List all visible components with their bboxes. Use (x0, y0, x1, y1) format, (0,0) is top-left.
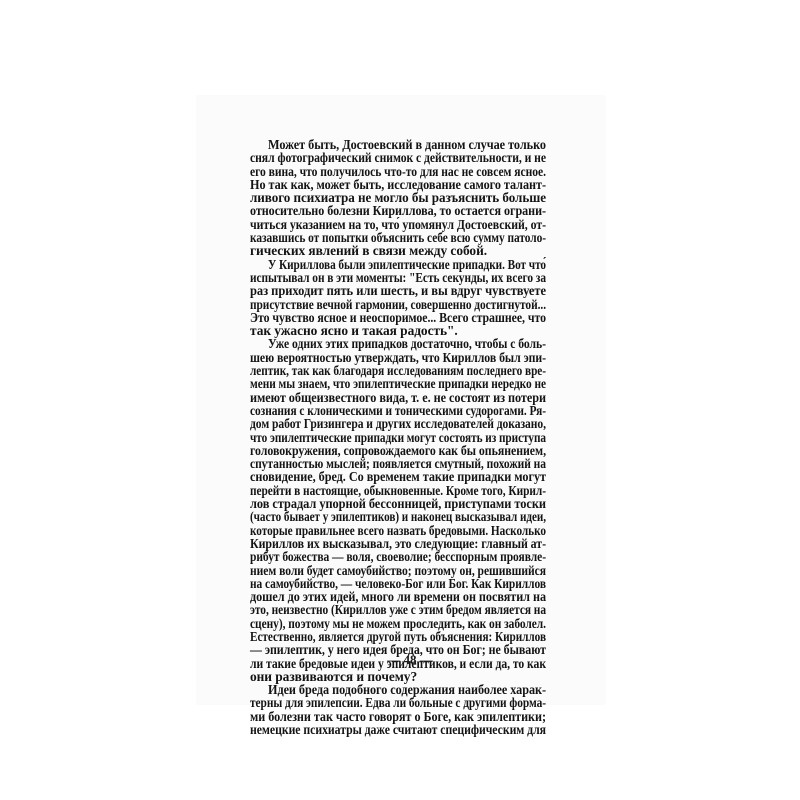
text-line: на самоубийство, — человеко-Бог или Бог.… (250, 577, 546, 590)
text-line: рибут божества — воля, своеволие; бесспо… (250, 550, 546, 563)
text-line: сознания с клоническими и тоническими су… (250, 404, 546, 417)
text-line: лов страдал упорной бессонницей, приступ… (250, 497, 546, 510)
text-line: гических явлений в связи между собой. (250, 244, 546, 257)
text-line: Кириллов их высказывал, это следующие: г… (250, 537, 546, 550)
text-line: Идеи бреда подобного содержания наиболее… (250, 683, 546, 696)
page-number: — 48 — (360, 652, 460, 668)
text-line: это, неизвестно (Кириллов уже с этим бре… (250, 603, 546, 616)
text-line: перейти в настоящие, обыкновенные. Кроме… (250, 484, 546, 497)
text-line: ливого психиатра не могло бы разъяснить … (250, 191, 546, 204)
text-line: сцену), поэтому мы не можем проследить, … (250, 617, 546, 630)
text-line: лептик, так как благодаря исследованиям … (250, 364, 546, 377)
text-line: Уже одних этих припадков достаточно, что… (250, 337, 546, 350)
text-line: они развиваются и почему? (250, 670, 546, 683)
text-line: У Кириллова были эпилептические припадки… (250, 258, 546, 271)
text-line: Но так как, может быть, исследование сам… (250, 178, 546, 191)
text-line: раз приходит пять или шесть, и вы вдруг … (250, 284, 546, 297)
text-line: нием воли будет самоубийство; поэтому он… (250, 564, 546, 577)
body-text: Может быть, Достоевский в данном случае … (250, 138, 546, 736)
text-line: его вина, что получилось что-то для нас … (250, 165, 546, 178)
text-line: мени мы знаем, что эпилептические припад… (250, 377, 546, 390)
text-line: читься указанием на то, что́ упомянул До… (250, 218, 546, 231)
text-line: так ужасно ясно и такая радость". (250, 324, 546, 337)
text-line: дошел до этих идей, много ли времени он … (250, 590, 546, 603)
text-line: присутствие вечной гармонии, совершенно … (250, 298, 546, 311)
text-line: терны для эпилепсии. Едва ли больные с д… (250, 696, 546, 709)
text-line: снял фотографический снимок с действител… (250, 151, 546, 164)
text-line: Естественно, является другой путь объясн… (250, 630, 546, 643)
text-line: головокружения, сопровождаемого как бы о… (250, 444, 546, 457)
text-line: которые правильнее всего назвать бредовы… (250, 524, 546, 537)
text-line: относительно болезни Кириллова, то остае… (250, 204, 546, 217)
text-line: имеют общеизвестного вида, т. е. не сост… (250, 391, 546, 404)
text-line: ми болезни так часто говорят о Боге, как… (250, 710, 546, 723)
text-line: что эпилептические припадки могут состоя… (250, 431, 546, 444)
text-line: сновидение, бред. Со временем такие прип… (250, 470, 546, 483)
text-line: дом работ Гризингера и других исследоват… (250, 417, 546, 430)
text-line: испытывал он в эти моменты: "Есть секунд… (250, 271, 546, 284)
text-line: шею вероятностью утверждать, что Кирилло… (250, 351, 546, 364)
text-line: Может быть, Достоевский в данном случае … (250, 138, 546, 151)
text-line: Это чувство ясное и неоспоримое... Всего… (250, 311, 546, 324)
text-line: спутанностью мыслей; появляется смутный,… (250, 457, 546, 470)
text-line: казавшись от попытки объяснить себе всю … (250, 231, 546, 244)
text-line: немецкие психиатры даже считают специфич… (250, 723, 546, 736)
text-line: (часто бывает у эпилептиков) и наконец в… (250, 510, 546, 523)
